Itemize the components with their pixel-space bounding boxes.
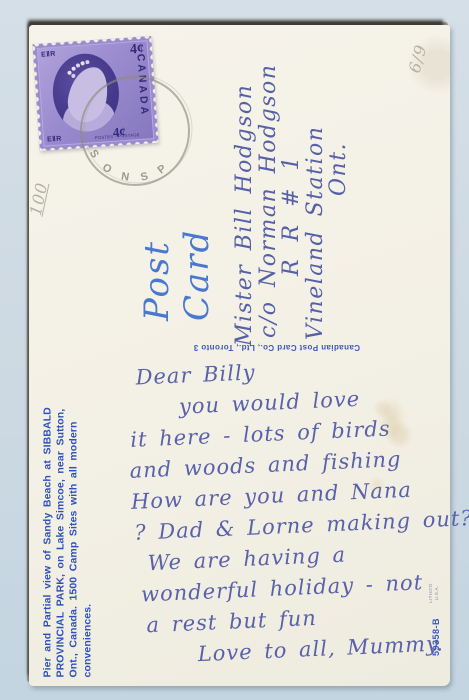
- caption-line: PROVINCIAL PARK, on Lake Simcoe, near Su…: [55, 358, 68, 678]
- litho-mark: LITHO'D U.S.A.: [428, 578, 442, 608]
- address-line: Vineland Station: [304, 26, 328, 340]
- aging-stain: [369, 477, 385, 493]
- pencil-mark-top-right: 6/9: [399, 22, 446, 97]
- caption-line: conveniences.: [81, 358, 94, 678]
- litho-mark-line: U.S.A.: [434, 578, 440, 608]
- address-line: c/o Norman Hodgson: [257, 26, 281, 338]
- post-card-script-title: Post Card: [149, 135, 205, 321]
- address-block: Mister Bill Hodgson c/o Norman Hodgson R…: [233, 26, 351, 346]
- stamp-royal-cypher-top: EⅡR: [41, 50, 56, 59]
- address-line: Mister Bill Hodgson: [233, 26, 257, 346]
- aging-stain: [379, 397, 405, 441]
- caption-block: Pier and Partial view of Sandy Beach at …: [42, 358, 97, 678]
- caption-line: Ont., Canada. 1500 Camp Sites with all m…: [68, 358, 81, 678]
- postcard-back: EⅡR EⅡR 4¢ 4¢ CANADA POSTES · POSTAGE S …: [29, 25, 450, 686]
- publisher-imprint: Canadian Post Card Co., Ltd., Toronto 3: [144, 343, 360, 352]
- address-line: R R # 1: [280, 26, 304, 276]
- caption-line: Pier and Partial view of Sandy Beach at …: [42, 358, 55, 678]
- address-line: Ont.: [327, 26, 351, 196]
- message-block: Dear Billy you would love it here - lots…: [125, 348, 469, 673]
- pencil-mark-left: 100: [23, 168, 65, 233]
- postcard-photo: EⅡR EⅡR 4¢ 4¢ CANADA POSTES · POSTAGE S …: [0, 0, 469, 700]
- stamp-royal-cypher-bottom: EⅡR: [47, 134, 62, 143]
- card-serial-number: 59358-B: [431, 609, 445, 665]
